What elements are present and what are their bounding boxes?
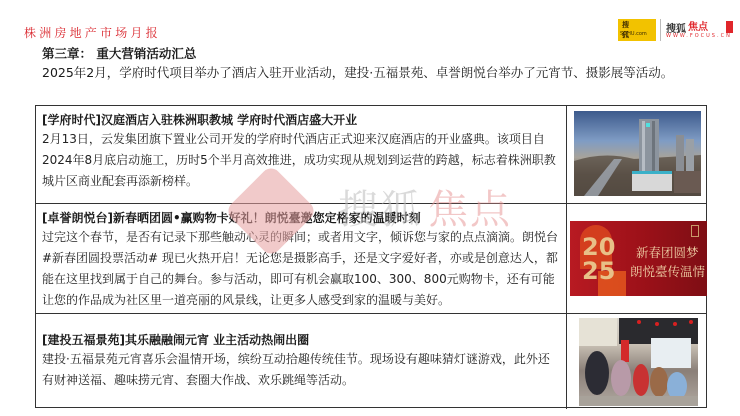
event-title: [建投五福景苑]其乐融融闹元宵 业主活动热闹出圈 <box>42 331 560 349</box>
sohu-focus-logo: 搜狐 焦点 WWW.FOCUS.CN <box>666 19 736 41</box>
focus-logo-tag-icon <box>726 21 733 33</box>
sohu-logo: 搜 狐 SOHU.com <box>618 19 656 41</box>
event-title: [学府时代]汉庭酒店入驻株洲职教城 学府时代酒店盛大开业 <box>42 111 560 129</box>
events-table: [学府时代]汉庭酒店入驻株洲职教城 学府时代酒店盛大开业 2月13日，云发集团旗… <box>35 105 707 408</box>
event-text-cell: [建投五福景苑]其乐融融闹元宵 业主活动热闹出圈 建投·五福景苑元宵喜乐会温情开… <box>36 314 567 409</box>
hotel-aerial-photo <box>574 111 701 196</box>
event-text-cell: [卓誉朗悦台]新春晒团圆•赢购物卡好礼！朗悦臺邀您定格家的温暖时刻 过完这个春节… <box>36 204 567 313</box>
focus-logo-url: WWW.FOCUS.CN <box>666 33 732 39</box>
sohu-logo-domain: SOHU.com <box>620 31 647 37</box>
event-image-cell <box>567 106 706 203</box>
chapter-title: 第三章： 重大营销活动汇总 <box>42 44 196 62</box>
event-image-cell: 20 25 新春团圆梦 朗悦臺传温情 <box>567 204 706 313</box>
crowd-illustration <box>579 318 698 406</box>
chapter-intro: 2025年2月，学府时代项目举办了酒店入驻开业活动，建投·五福景苑、卓誉朗悦台举… <box>42 63 673 81</box>
focus-logo-text-red: 焦点 <box>688 18 708 33</box>
hotel-illustration <box>574 111 701 196</box>
report-title: 株洲房地产市场月报 <box>24 24 161 41</box>
poster-line-1: 新春团圆梦 <box>636 243 699 261</box>
event-body: 建投·五福景苑元宵喜乐会温情开场，缤纷互动拾趣传统佳节。现场设有趣味猜灯谜游戏，… <box>42 349 560 391</box>
logo-divider <box>660 19 661 41</box>
poster-year-top: 20 <box>582 235 615 259</box>
spring-festival-poster: 20 25 新春团圆梦 朗悦臺传温情 <box>570 221 707 296</box>
sohu-logo-text: 搜 狐 <box>622 20 656 40</box>
lantern-festival-photo <box>579 318 698 406</box>
event-row: [学府时代]汉庭酒店入驻株洲职教城 学府时代酒店盛大开业 2月13日，云发集团旗… <box>36 106 706 204</box>
event-title: [卓誉朗悦台]新春晒团圆•赢购物卡好礼！朗悦臺邀您定格家的温暖时刻 <box>42 209 560 227</box>
event-body: 过完这个春节，是否有记录下那些触动心灵的瞬间；或者用文字，倾诉您与家的点点滴滴。… <box>42 227 560 311</box>
event-row: [建投五福景苑]其乐融融闹元宵 业主活动热闹出圈 建投·五福景苑元宵喜乐会温情开… <box>36 314 706 409</box>
event-text-cell: [学府时代]汉庭酒店入驻株洲职教城 学府时代酒店盛大开业 2月13日，云发集团旗… <box>36 106 567 203</box>
poster-brand-mark-icon <box>691 225 699 237</box>
event-row: [卓誉朗悦台]新春晒团圆•赢购物卡好礼！朗悦臺邀您定格家的温暖时刻 过完这个春节… <box>36 204 706 314</box>
poster-year-bottom: 25 <box>582 259 615 283</box>
event-body: 2月13日，云发集团旗下置业公司开发的学府时代酒店正式迎来汉庭酒店的开业盛典。该… <box>42 129 560 192</box>
logo-group: 搜 狐 SOHU.com 搜狐 焦点 WWW.FOCUS.CN <box>618 18 736 42</box>
event-image-cell <box>567 314 706 409</box>
poster-line-2: 朗悦臺传温情 <box>630 262 705 280</box>
